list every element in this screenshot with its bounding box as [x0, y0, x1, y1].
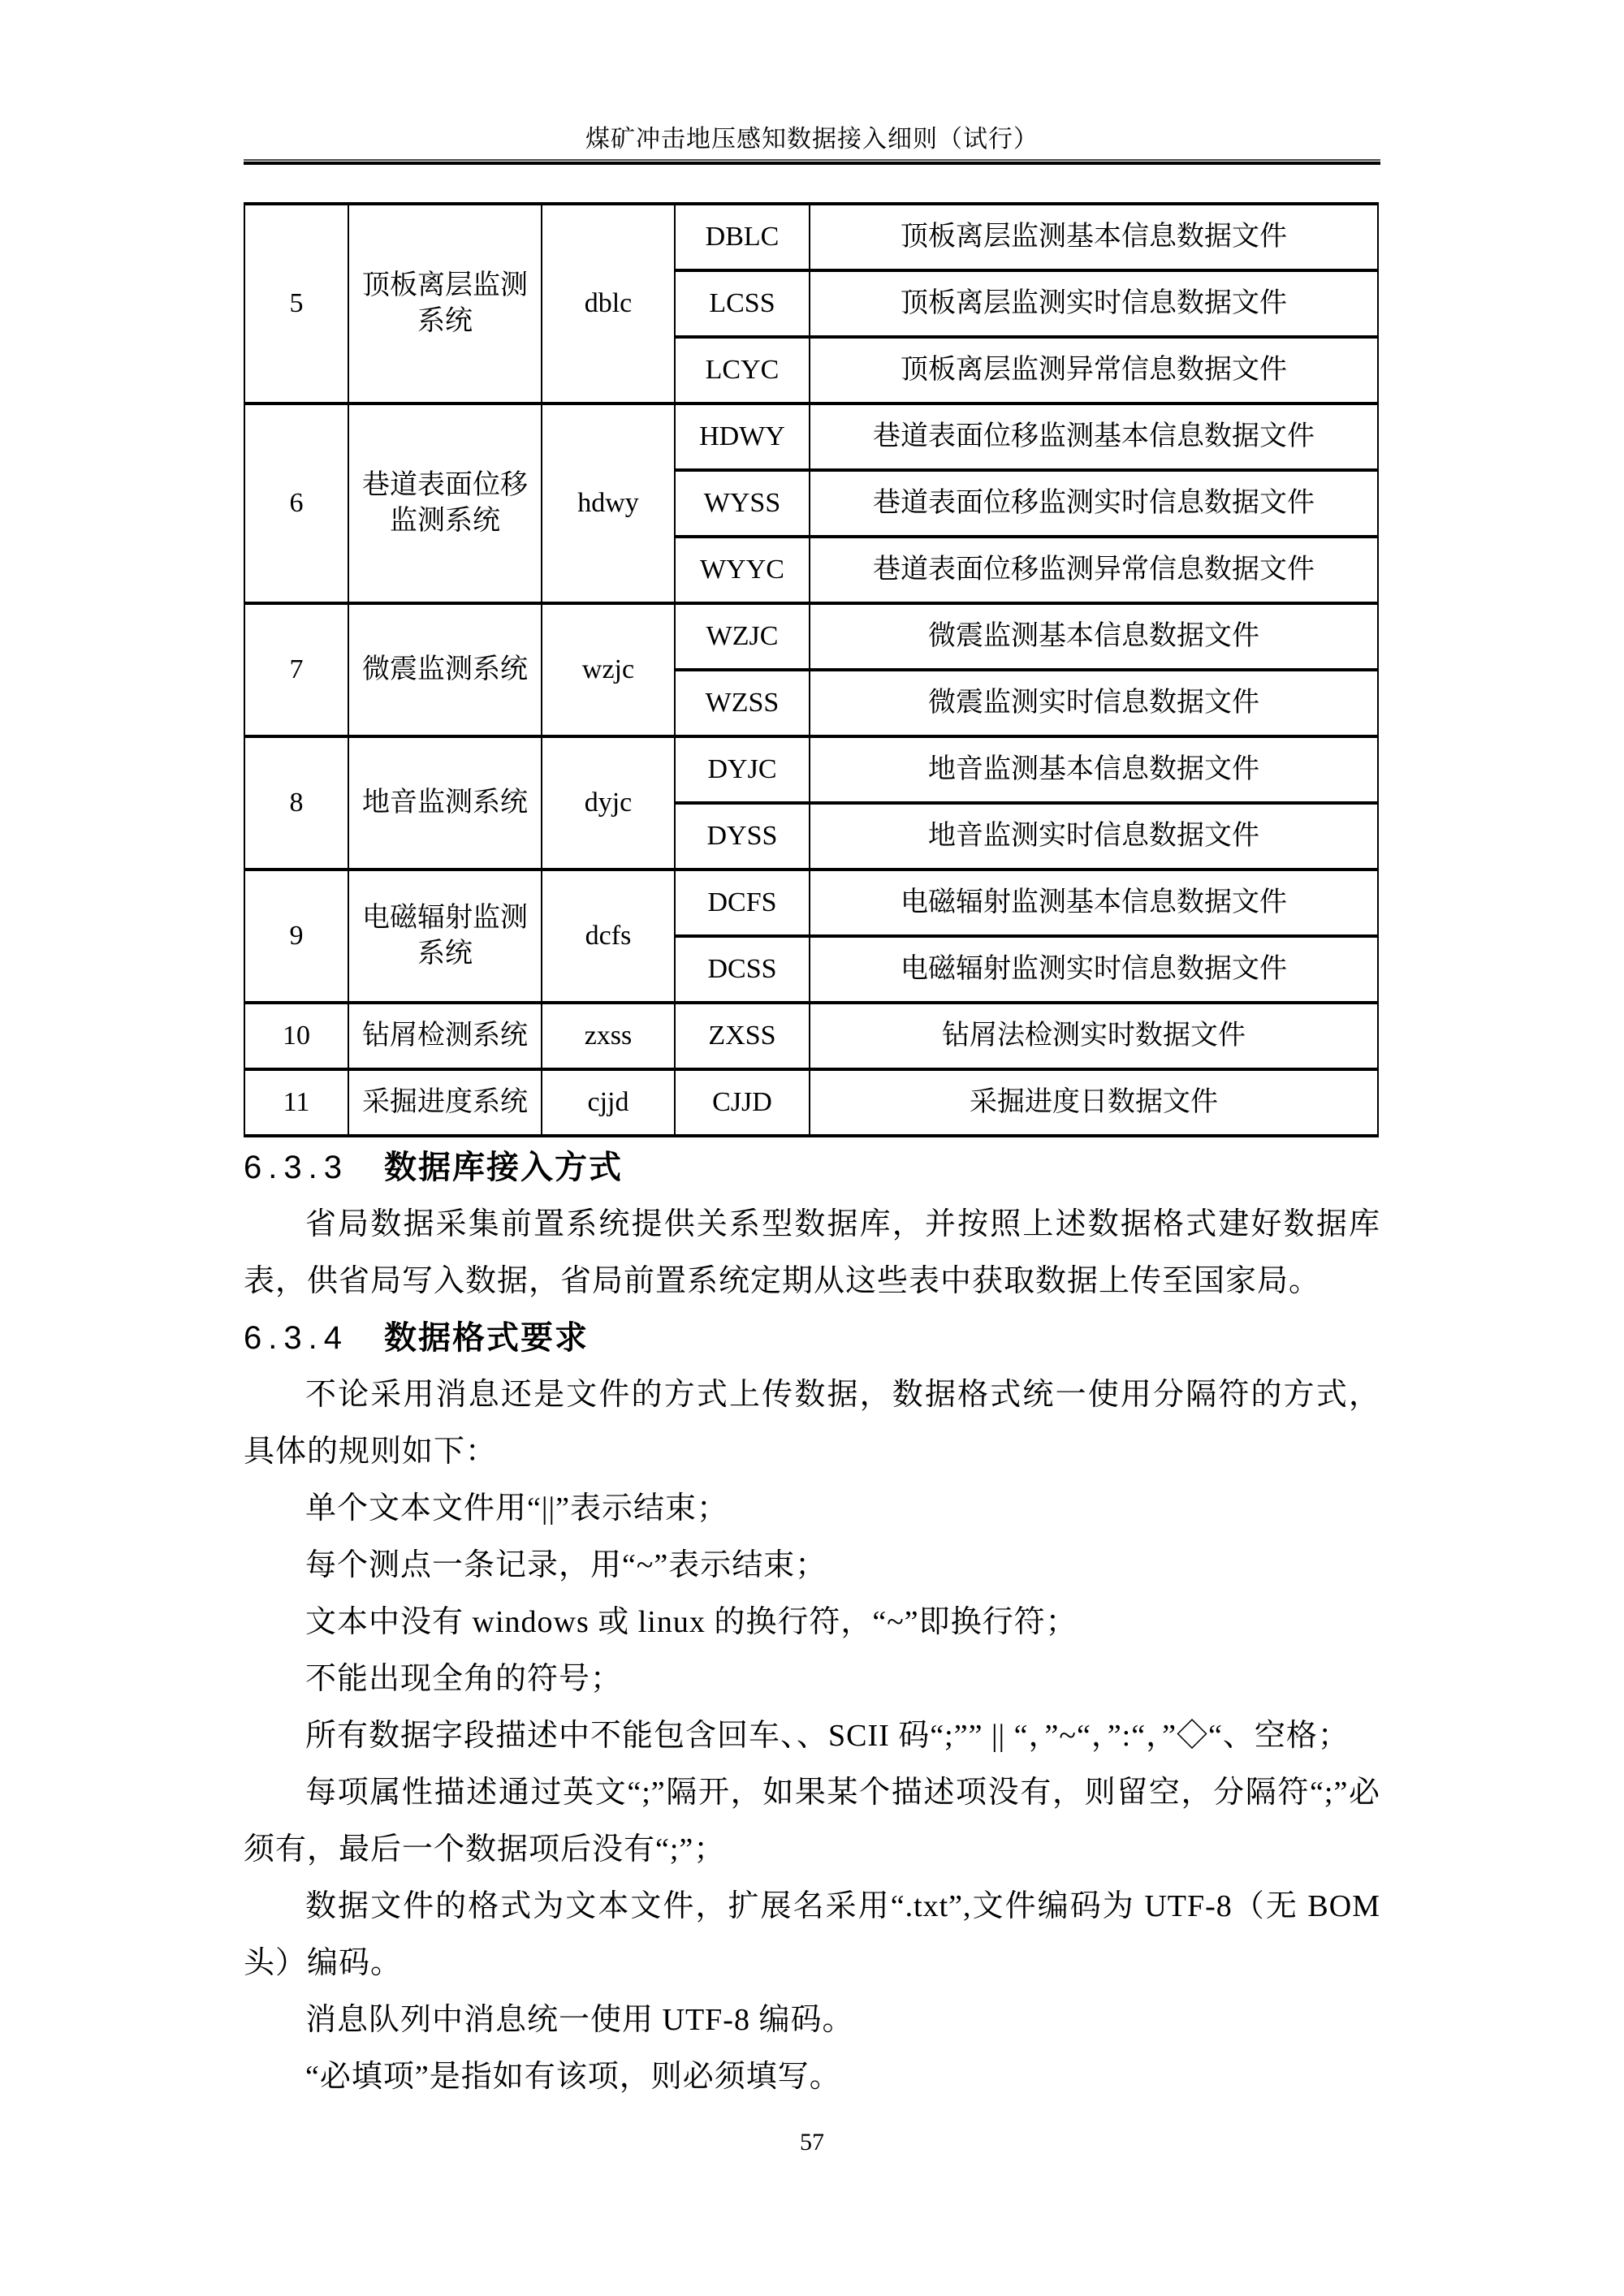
file-code: WZJC [675, 603, 810, 670]
table-row: 8地音监测系统dyjcDYJC地音监测基本信息数据文件 [244, 736, 1378, 803]
system-name: 钻屑检测系统 [348, 1003, 542, 1069]
file-description: 顶板离层监测基本信息数据文件 [810, 204, 1378, 270]
section-number: 6.3.3 [244, 1150, 348, 1185]
file-code: LCSS [675, 270, 810, 337]
header-rule [244, 159, 1380, 165]
section-title: 数据格式要求 [384, 1320, 589, 1356]
system-code: dblc [542, 204, 675, 404]
page-header: 煤矿冲击地压感知数据接入细则（试行） [244, 0, 1380, 154]
file-description: 钻屑法检测实时数据文件 [810, 1003, 1378, 1069]
file-code: WYYC [675, 537, 810, 603]
file-code: DYJC [675, 736, 810, 803]
table-row: 9电磁辐射监测系统dcfsDCFS电磁辐射监测基本信息数据文件 [244, 870, 1378, 936]
page-number: 57 [800, 2129, 824, 2156]
paragraph: 省局数据采集前置系统提供关系型数据库，并按照上述数据格式建好数据库表，供省局写入… [244, 1196, 1380, 1310]
system-name: 采掘进度系统 [348, 1069, 542, 1136]
paragraph: 不论采用消息还是文件的方式上传数据，数据格式统一使用分隔符的方式，具体的规则如下… [244, 1366, 1380, 1480]
file-description: 顶板离层监测实时信息数据文件 [810, 270, 1378, 337]
system-code: dcfs [542, 870, 675, 1003]
table-row: 11采掘进度系统cjjdCJJD采掘进度日数据文件 [244, 1069, 1378, 1136]
file-description: 地音监测实时信息数据文件 [810, 803, 1378, 870]
file-description: 巷道表面位移监测异常信息数据文件 [810, 537, 1378, 603]
file-code: WZSS [675, 670, 810, 736]
paragraph: 数据文件的格式为文本文件，扩展名采用“.txt”,文件编码为 UTF-8（无 B… [244, 1878, 1380, 1992]
section-heading-6-3-3: 6.3.3 数据库接入方式 [244, 1139, 1380, 1196]
file-code: CJJD [675, 1069, 810, 1136]
page-footer: 57 [0, 2129, 1624, 2156]
row-number: 5 [244, 204, 348, 404]
document-page: 煤矿冲击地压感知数据接入细则（试行） 5顶板离层监测系统dblcDBLC顶板离层… [0, 0, 1624, 2296]
system-code: wzjc [542, 603, 675, 736]
file-description: 采掘进度日数据文件 [810, 1069, 1378, 1136]
system-name: 电磁辐射监测系统 [348, 870, 542, 1003]
file-code: LCYC [675, 337, 810, 404]
section-number: 6.3.4 [244, 1320, 348, 1356]
paragraph: 每个测点一条记录，用“~”表示结束； [244, 1537, 1380, 1594]
row-number: 6 [244, 404, 348, 603]
table-row: 6巷道表面位移监测系统hdwyHDWY巷道表面位移监测基本信息数据文件 [244, 404, 1378, 470]
file-code: DBLC [675, 204, 810, 270]
text-block: 6.3.3 数据库接入方式 省局数据采集前置系统提供关系型数据库，并按照上述数据… [244, 1139, 1380, 2105]
systems-table-body: 5顶板离层监测系统dblcDBLC顶板离层监测基本信息数据文件LCSS顶板离层监… [244, 204, 1378, 1136]
file-description: 地音监测基本信息数据文件 [810, 736, 1378, 803]
row-number: 9 [244, 870, 348, 1003]
paragraph: 消息队列中消息统一使用 UTF-8 编码。 [244, 1992, 1380, 2048]
system-name: 巷道表面位移监测系统 [348, 404, 542, 603]
system-code: dyjc [542, 736, 675, 870]
systems-table: 5顶板离层监测系统dblcDBLC顶板离层监测基本信息数据文件LCSS顶板离层监… [244, 202, 1379, 1137]
file-code: DCSS [675, 936, 810, 1003]
paragraph: 不能出现全角的符号； [244, 1651, 1380, 1707]
file-code: ZXSS [675, 1003, 810, 1069]
file-code: WYSS [675, 470, 810, 537]
file-description: 顶板离层监测异常信息数据文件 [810, 337, 1378, 404]
paragraph: 所有数据字段描述中不能包含回车、、SCII 码“;”” || “，”~“，”:“… [244, 1707, 1380, 1764]
row-number: 7 [244, 603, 348, 736]
section-heading-6-3-4: 6.3.4 数据格式要求 [244, 1310, 1380, 1366]
file-code: DCFS [675, 870, 810, 936]
row-number: 10 [244, 1003, 348, 1069]
file-description: 微震监测基本信息数据文件 [810, 603, 1378, 670]
page-content: 煤矿冲击地压感知数据接入细则（试行） 5顶板离层监测系统dblcDBLC顶板离层… [244, 0, 1380, 2105]
system-code: cjjd [542, 1069, 675, 1136]
paragraph: “必填项”是指如有该项，则必须填写。 [244, 2048, 1380, 2105]
file-description: 电磁辐射监测实时信息数据文件 [810, 936, 1378, 1003]
paragraph: 每项属性描述通过英文“;”隔开，如果某个描述项没有，则留空，分隔符“;”必须有，… [244, 1764, 1380, 1878]
document-title: 煤矿冲击地压感知数据接入细则（试行） [585, 126, 1039, 153]
file-code: DYSS [675, 803, 810, 870]
system-code: zxss [542, 1003, 675, 1069]
system-code: hdwy [542, 404, 675, 603]
file-description: 微震监测实时信息数据文件 [810, 670, 1378, 736]
file-description: 电磁辐射监测基本信息数据文件 [810, 870, 1378, 936]
paragraph: 单个文本文件用“||”表示结束； [244, 1480, 1380, 1537]
system-name: 顶板离层监测系统 [348, 204, 542, 404]
file-description: 巷道表面位移监测基本信息数据文件 [810, 404, 1378, 470]
system-name: 地音监测系统 [348, 736, 542, 870]
row-number: 11 [244, 1069, 348, 1136]
table-row: 5顶板离层监测系统dblcDBLC顶板离层监测基本信息数据文件 [244, 204, 1378, 270]
table-row: 7微震监测系统wzjcWZJC微震监测基本信息数据文件 [244, 603, 1378, 670]
file-code: HDWY [675, 404, 810, 470]
table-row: 10钻屑检测系统zxssZXSS钻屑法检测实时数据文件 [244, 1003, 1378, 1069]
row-number: 8 [244, 736, 348, 870]
section-title: 数据库接入方式 [384, 1150, 623, 1185]
paragraph: 文本中没有 windows 或 linux 的换行符，“~”即换行符； [244, 1594, 1380, 1651]
system-name: 微震监测系统 [348, 603, 542, 736]
file-description: 巷道表面位移监测实时信息数据文件 [810, 470, 1378, 537]
